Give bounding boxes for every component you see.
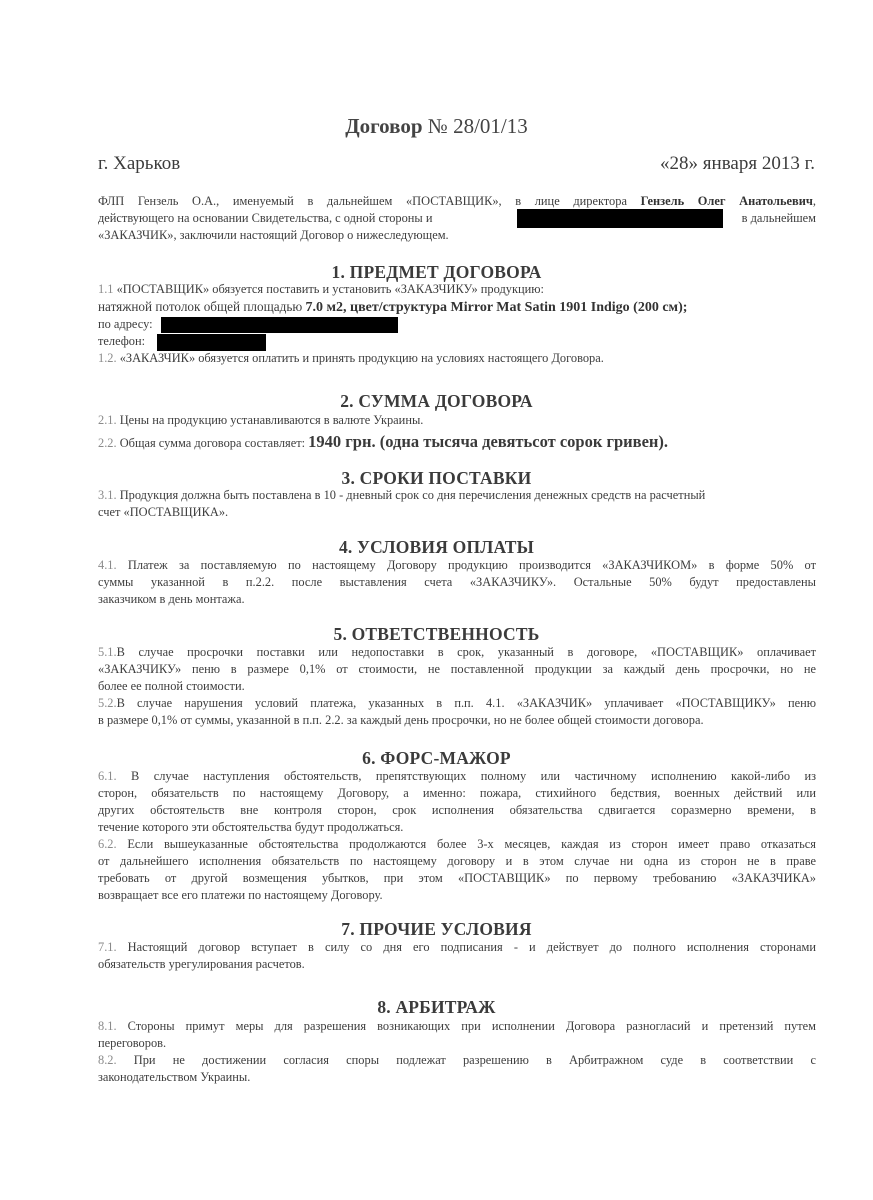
- clause-text: Настоящий договор вступает в силу со дня…: [117, 940, 816, 954]
- section-6-body: 6.1. В случае наступления обстоятельств,…: [98, 768, 816, 904]
- clause-3-1: 3.1. Продукция должна быть поставлена в …: [98, 487, 816, 504]
- clause-6-1-cont: сторон, обязательств по настоящему Догов…: [98, 785, 816, 802]
- clause-text: Стороны примут меры для разрешения возни…: [117, 1019, 816, 1033]
- intro-text: в дальнейшем: [742, 210, 816, 227]
- clause-5-1-cont: более ее полной стоимости.: [98, 678, 816, 695]
- section-heading-6: 6. ФОРС-МАЖОР: [0, 748, 873, 769]
- clause-6-1-cont: других обстоятельств вне контроля сторон…: [98, 802, 816, 819]
- clause-5-2: 5.2.В случае нарушения условий платежа, …: [98, 695, 816, 712]
- contract-total: 1940 грн. (одна тысяча девятьсот сорок г…: [308, 432, 668, 451]
- clause-number: 1.1: [98, 282, 114, 296]
- clause-8-1-cont: переговоров.: [98, 1035, 816, 1052]
- clause-1-2: 1.2. «ЗАКАЗЧИК» обязуется оплатить и при…: [98, 350, 816, 367]
- clause-text: В случае наступления обстоятельств, преп…: [117, 769, 816, 783]
- clause-number: 5.1.: [98, 645, 117, 659]
- city: г. Харьков: [98, 153, 180, 175]
- clause-number: 4.1.: [98, 558, 117, 572]
- clause-1-1: 1.1 «ПОСТАВЩИК» обязуется поставить и ус…: [98, 281, 816, 298]
- clause-number: 2.1.: [98, 413, 117, 427]
- section-4-body: 4.1. Платеж за поставляемую по настоящем…: [98, 557, 816, 608]
- clause-number: 3.1.: [98, 488, 117, 502]
- redacted-address: [161, 317, 398, 333]
- clause-3-1-cont: счет «ПОСТАВЩИКА».: [98, 504, 816, 521]
- section-7-body: 7.1. Настоящий договор вступает в силу с…: [98, 939, 816, 973]
- clause-6-1-cont: течение которого эти обстоятельства буду…: [98, 819, 816, 836]
- clause-2-1: 2.1. Цены на продукцию устанавливаются в…: [98, 412, 816, 429]
- clause-4-1-cont: суммы указанной в п.2.2. после выставлен…: [98, 574, 816, 591]
- clause-7-1: 7.1. Настоящий договор вступает в силу с…: [98, 939, 816, 956]
- clause-text: Общая сумма договора составляет:: [117, 436, 309, 450]
- clause-text: В случае нарушения условий платежа, указ…: [117, 696, 816, 710]
- clause-8-2: 8.2. При не достижении согласия споры по…: [98, 1052, 816, 1069]
- clause-number: 5.2.: [98, 696, 117, 710]
- clause-6-2-cont: требовать от другой возмещения убытков, …: [98, 870, 816, 887]
- clause-text: Продукция должна быть поставлена в 10 - …: [117, 488, 706, 502]
- clause-6-2: 6.2. Если вышеуказанные обстоятельства п…: [98, 836, 816, 853]
- section-heading-1: 1. ПРЕДМЕТ ДОГОВОРА: [0, 262, 873, 283]
- clause-text: При не достижении согласия споры подлежа…: [117, 1053, 816, 1067]
- clause-6-2-cont: возвращает все его платежи по настоящему…: [98, 887, 816, 904]
- section-5-body: 5.1.В случае просрочки поставки или недо…: [98, 644, 816, 729]
- clause-4-1: 4.1. Платеж за поставляемую по настоящем…: [98, 557, 816, 574]
- clause-number: 8.2.: [98, 1053, 117, 1067]
- director-name: Гензель Олег Анатольевич: [641, 194, 813, 208]
- clause-7-1-cont: обязательств урегулирования расчетов.: [98, 956, 816, 973]
- clause-number: 7.1.: [98, 940, 117, 954]
- clause-8-2-cont: законодательством Украины.: [98, 1069, 816, 1086]
- product-description: натяжной потолок общей площадью 7.0 м2, …: [98, 298, 816, 316]
- section-3-body: 3.1. Продукция должна быть поставлена в …: [98, 487, 816, 521]
- contract-title: Договор № 28/01/13: [0, 114, 873, 139]
- section-heading-3: 3. СРОКИ ПОСТАВКИ: [0, 468, 873, 489]
- clause-text: В случае просрочки поставки или недопост…: [117, 645, 816, 659]
- contract-number: № 28/01/13: [423, 114, 528, 138]
- contract-title-word: Договор: [345, 114, 422, 138]
- clause-number: 6.2.: [98, 837, 117, 851]
- clause-text: Если вышеуказанные обстоятельства продол…: [117, 837, 816, 851]
- intro-line-1: ФЛП Гензель О.А., именуемый в дальнейшем…: [98, 193, 816, 210]
- clause-2-2: 2.2. Общая сумма договора составляет: 19…: [98, 432, 816, 453]
- intro-punct: ,: [813, 194, 816, 208]
- clause-number: 8.1.: [98, 1019, 117, 1033]
- clause-5-1-cont: «ЗАКАЗЧИКУ» пеню в размере 0,1% от стоим…: [98, 661, 816, 678]
- section-heading-8: 8. АРБИТРАЖ: [0, 997, 873, 1018]
- clause-number: 1.2.: [98, 351, 117, 365]
- intro-text: действующего на основании Свидетельства,…: [98, 211, 432, 225]
- section-heading-7: 7. ПРОЧИЕ УСЛОВИЯ: [0, 919, 873, 940]
- clause-text: «ПОСТАВЩИК» обязуется поставить и устано…: [114, 282, 544, 296]
- clause-text: Платеж за поставляемую по настоящему Дог…: [117, 558, 816, 572]
- clause-text: «ЗАКАЗЧИК» обязуется оплатить и принять …: [117, 351, 604, 365]
- clause-6-1: 6.1. В случае наступления обстоятельств,…: [98, 768, 816, 785]
- section-heading-4: 4. УСЛОВИЯ ОПЛАТЫ: [0, 537, 873, 558]
- section-8-body: 8.1. Стороны примут меры для разрешения …: [98, 1018, 816, 1086]
- clause-8-1: 8.1. Стороны примут меры для разрешения …: [98, 1018, 816, 1035]
- product-spec: 7.0 м2, цвет/структура Mirror Mat Satin …: [305, 300, 687, 315]
- redacted-phone: [157, 334, 266, 351]
- clause-number: 6.1.: [98, 769, 117, 783]
- clause-5-2-cont: в размере 0,1% от суммы, указанной в п.п…: [98, 712, 816, 729]
- section-2-body: 2.1. Цены на продукцию устанавливаются в…: [98, 412, 816, 453]
- clause-text: натяжной потолок общей площадью: [98, 299, 305, 314]
- redacted-customer-name: [517, 209, 723, 228]
- intro-line-3: «ЗАКАЗЧИК», заключили настоящий Договор …: [98, 227, 816, 244]
- intro-text: ФЛП Гензель О.А., именуемый в дальнейшем…: [98, 194, 641, 208]
- clause-4-1-cont: заказчиком в день монтажа.: [98, 591, 816, 608]
- clause-number: 2.2.: [98, 436, 117, 450]
- clause-5-1: 5.1.В случае просрочки поставки или недо…: [98, 644, 816, 661]
- clause-6-2-cont: от дальнейшего исполнения обязательств п…: [98, 853, 816, 870]
- contract-date: «28» января 2013 г.: [660, 153, 815, 175]
- section-heading-2: 2. СУММА ДОГОВОРА: [0, 391, 873, 412]
- section-heading-5: 5. ОТВЕТСТВЕННОСТЬ: [0, 624, 873, 645]
- clause-text: Цены на продукцию устанавливаются в валю…: [117, 413, 424, 427]
